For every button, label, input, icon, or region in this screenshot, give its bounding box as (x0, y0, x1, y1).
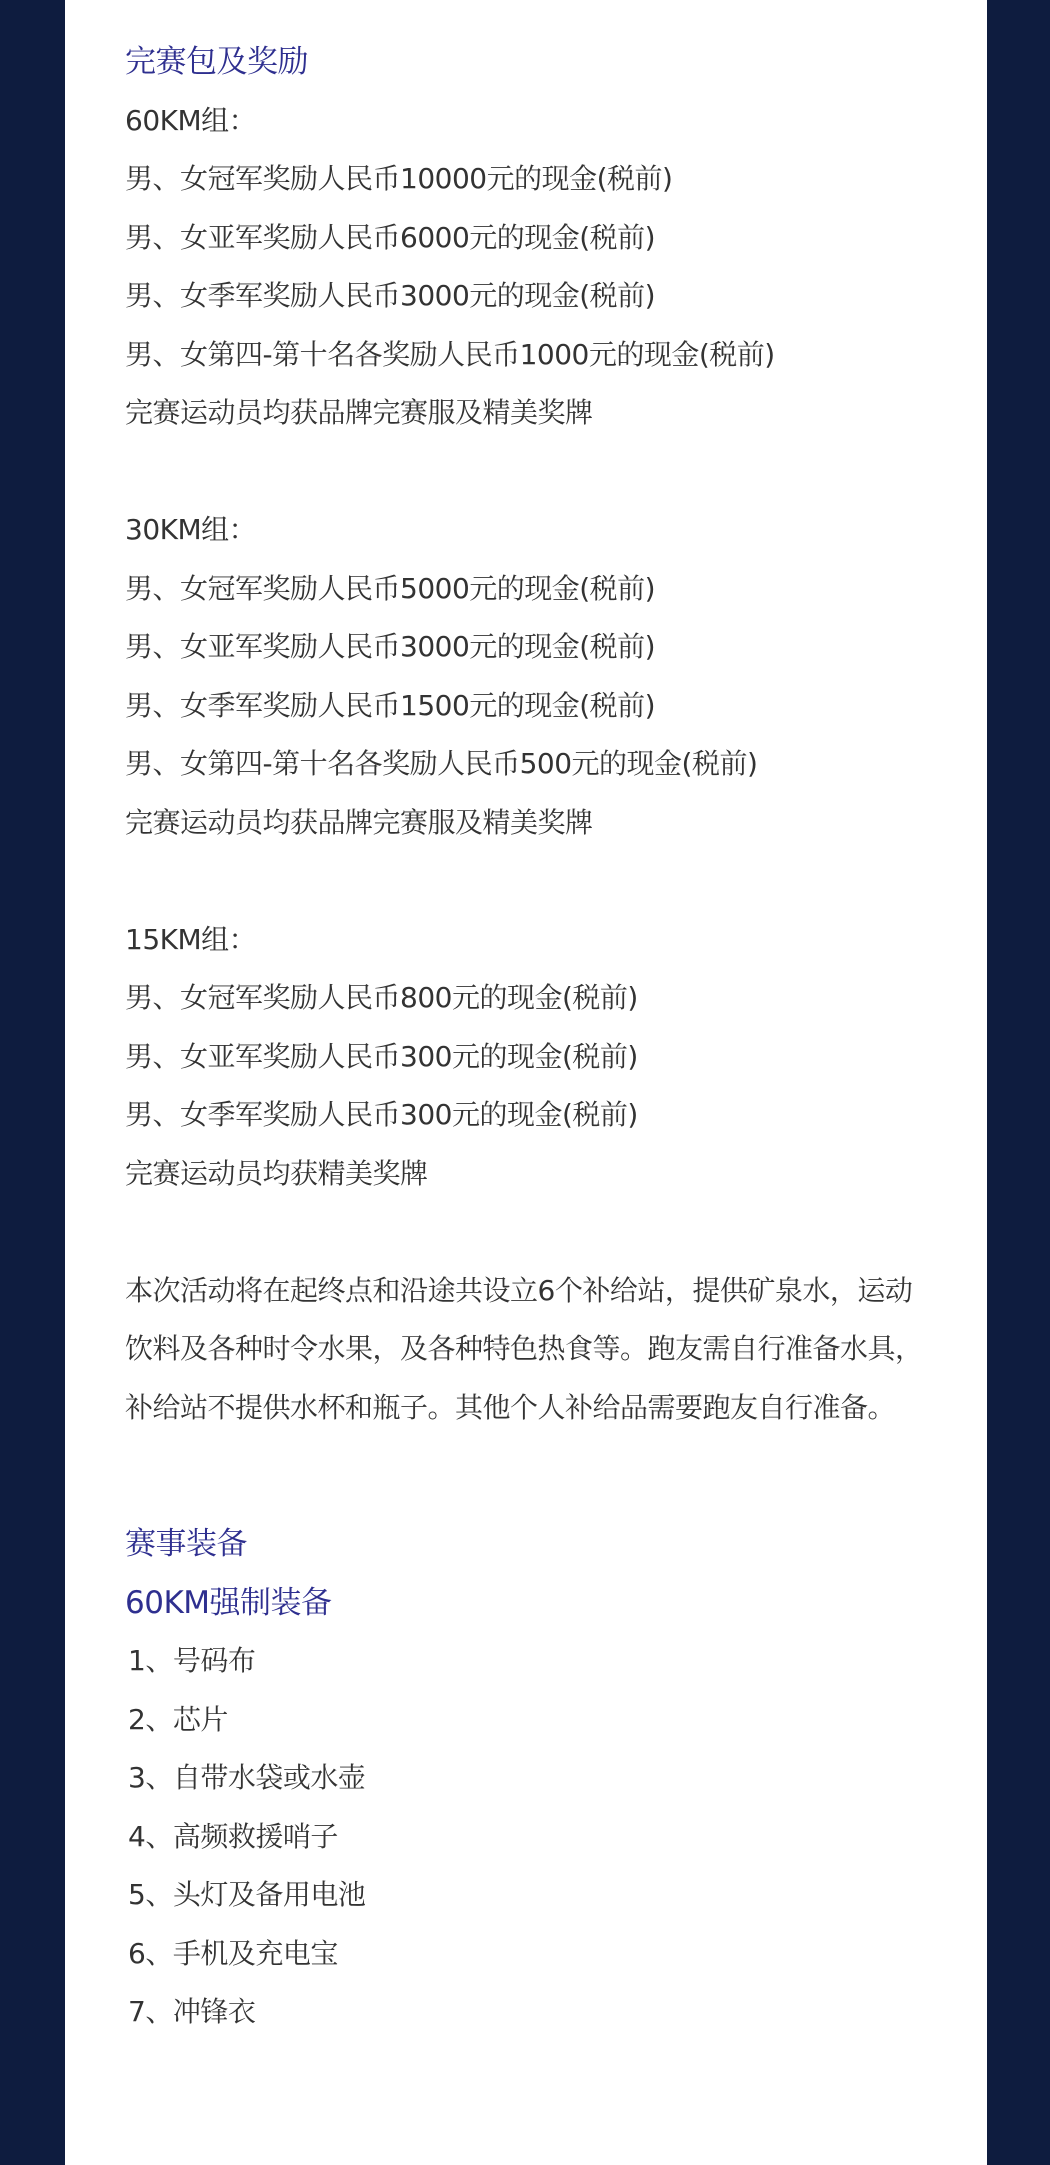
equipment-item: 4、高频救援哨子 (125, 1808, 945, 1867)
reward-line: 男、女冠军奖励人民币800元的现金(税前) (125, 969, 945, 1028)
spacer (125, 1437, 945, 1515)
equipment-item: 2、芯片 (125, 1691, 945, 1750)
section-title-rewards: 完赛包及奖励 (125, 33, 945, 92)
reward-line: 男、女季军奖励人民币3000元的现金(税前) (125, 267, 945, 326)
equipment-item: 5、头灯及备用电池 (125, 1866, 945, 1925)
equipment-item: 6、手机及充电宝 (125, 1925, 945, 1984)
spacer (125, 852, 945, 911)
reward-line: 男、女亚军奖励人民币300元的现金(税前) (125, 1028, 945, 1087)
reward-line: 男、女亚军奖励人民币6000元的现金(税前) (125, 209, 945, 268)
article-content: 完赛包及奖励 60KM组： 男、女冠军奖励人民币10000元的现金(税前) 男、… (125, 33, 945, 2042)
supply-station-paragraph: 本次活动将在起终点和沿途共设立6个补给站，提供矿泉水，运动饮料及各种时令水果，及… (125, 1262, 935, 1438)
reward-line: 完赛运动员均获品牌完赛服及精美奖牌 (125, 384, 945, 443)
reward-line: 男、女冠军奖励人民币5000元的现金(税前) (125, 560, 945, 619)
equipment-item: 3、自带水袋或水壶 (125, 1749, 945, 1808)
section-title-equipment: 赛事装备 (125, 1515, 945, 1574)
equipment-list: 1、号码布 2、芯片 3、自带水袋或水壶 4、高频救援哨子 5、头灯及备用电池 … (125, 1632, 945, 2042)
reward-line: 男、女亚军奖励人民币3000元的现金(税前) (125, 618, 945, 677)
reward-line: 完赛运动员均获品牌完赛服及精美奖牌 (125, 794, 945, 853)
reward-line: 男、女第四-第十名各奖励人民币500元的现金(税前) (125, 735, 945, 794)
reward-line: 男、女季军奖励人民币1500元的现金(税前) (125, 677, 945, 736)
spacer (125, 1203, 945, 1262)
reward-line: 完赛运动员均获精美奖牌 (125, 1145, 945, 1204)
reward-line: 男、女季军奖励人民币300元的现金(税前) (125, 1086, 945, 1145)
equipment-item: 1、号码布 (125, 1632, 945, 1691)
spacer (125, 443, 945, 502)
reward-line: 男、女第四-第十名各奖励人民币1000元的现金(税前) (125, 326, 945, 385)
reward-line: 男、女冠军奖励人民币10000元的现金(税前) (125, 150, 945, 209)
subsection-title-60km-mandatory: 60KM强制装备 (125, 1574, 945, 1633)
group-label-30km: 30KM组： (125, 501, 945, 560)
group-label-15km: 15KM组： (125, 911, 945, 970)
equipment-item: 7、冲锋衣 (125, 1983, 945, 2042)
group-label-60km: 60KM组： (125, 92, 945, 151)
